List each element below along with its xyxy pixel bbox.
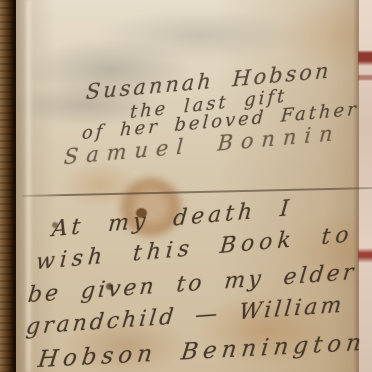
page-edges-strip	[358, 0, 372, 372]
book-spine	[0, 0, 16, 372]
book-page-photo: Susannah Hobson the last gift of her bel…	[0, 0, 372, 372]
